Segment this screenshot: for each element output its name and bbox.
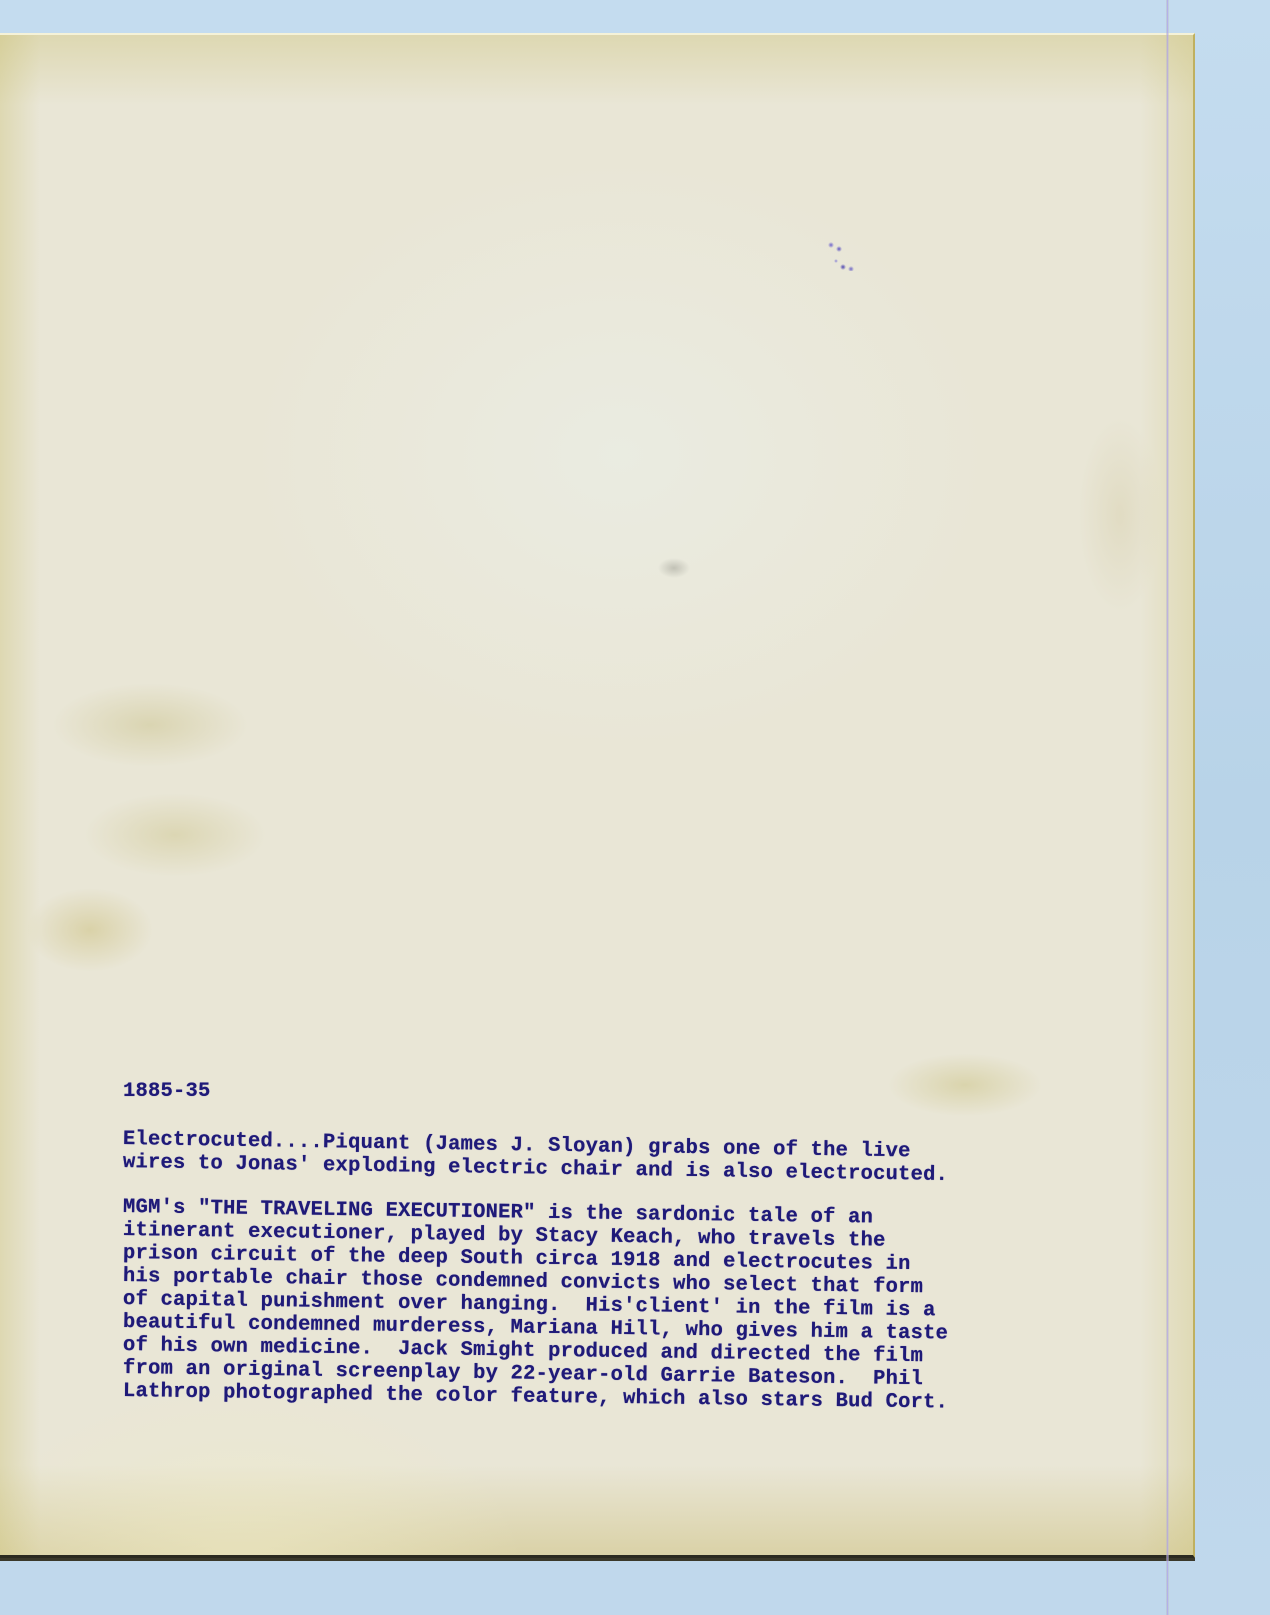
- ink-stain: [826, 241, 856, 271]
- typewritten-caption: 1885-35 Electrocuted....Piquant (James J…: [123, 1080, 1123, 1403]
- paper-smudge: [654, 555, 694, 581]
- lead-paragraph: Electrocuted....Piquant (James J. Sloyan…: [123, 1128, 1123, 1174]
- scanner-artifact-line: [1166, 0, 1169, 1615]
- body-paragraph: MGM's "THE TRAVELING EXECUTIONER" is the…: [123, 1196, 1123, 1403]
- reference-number: 1885-35: [123, 1080, 1123, 1103]
